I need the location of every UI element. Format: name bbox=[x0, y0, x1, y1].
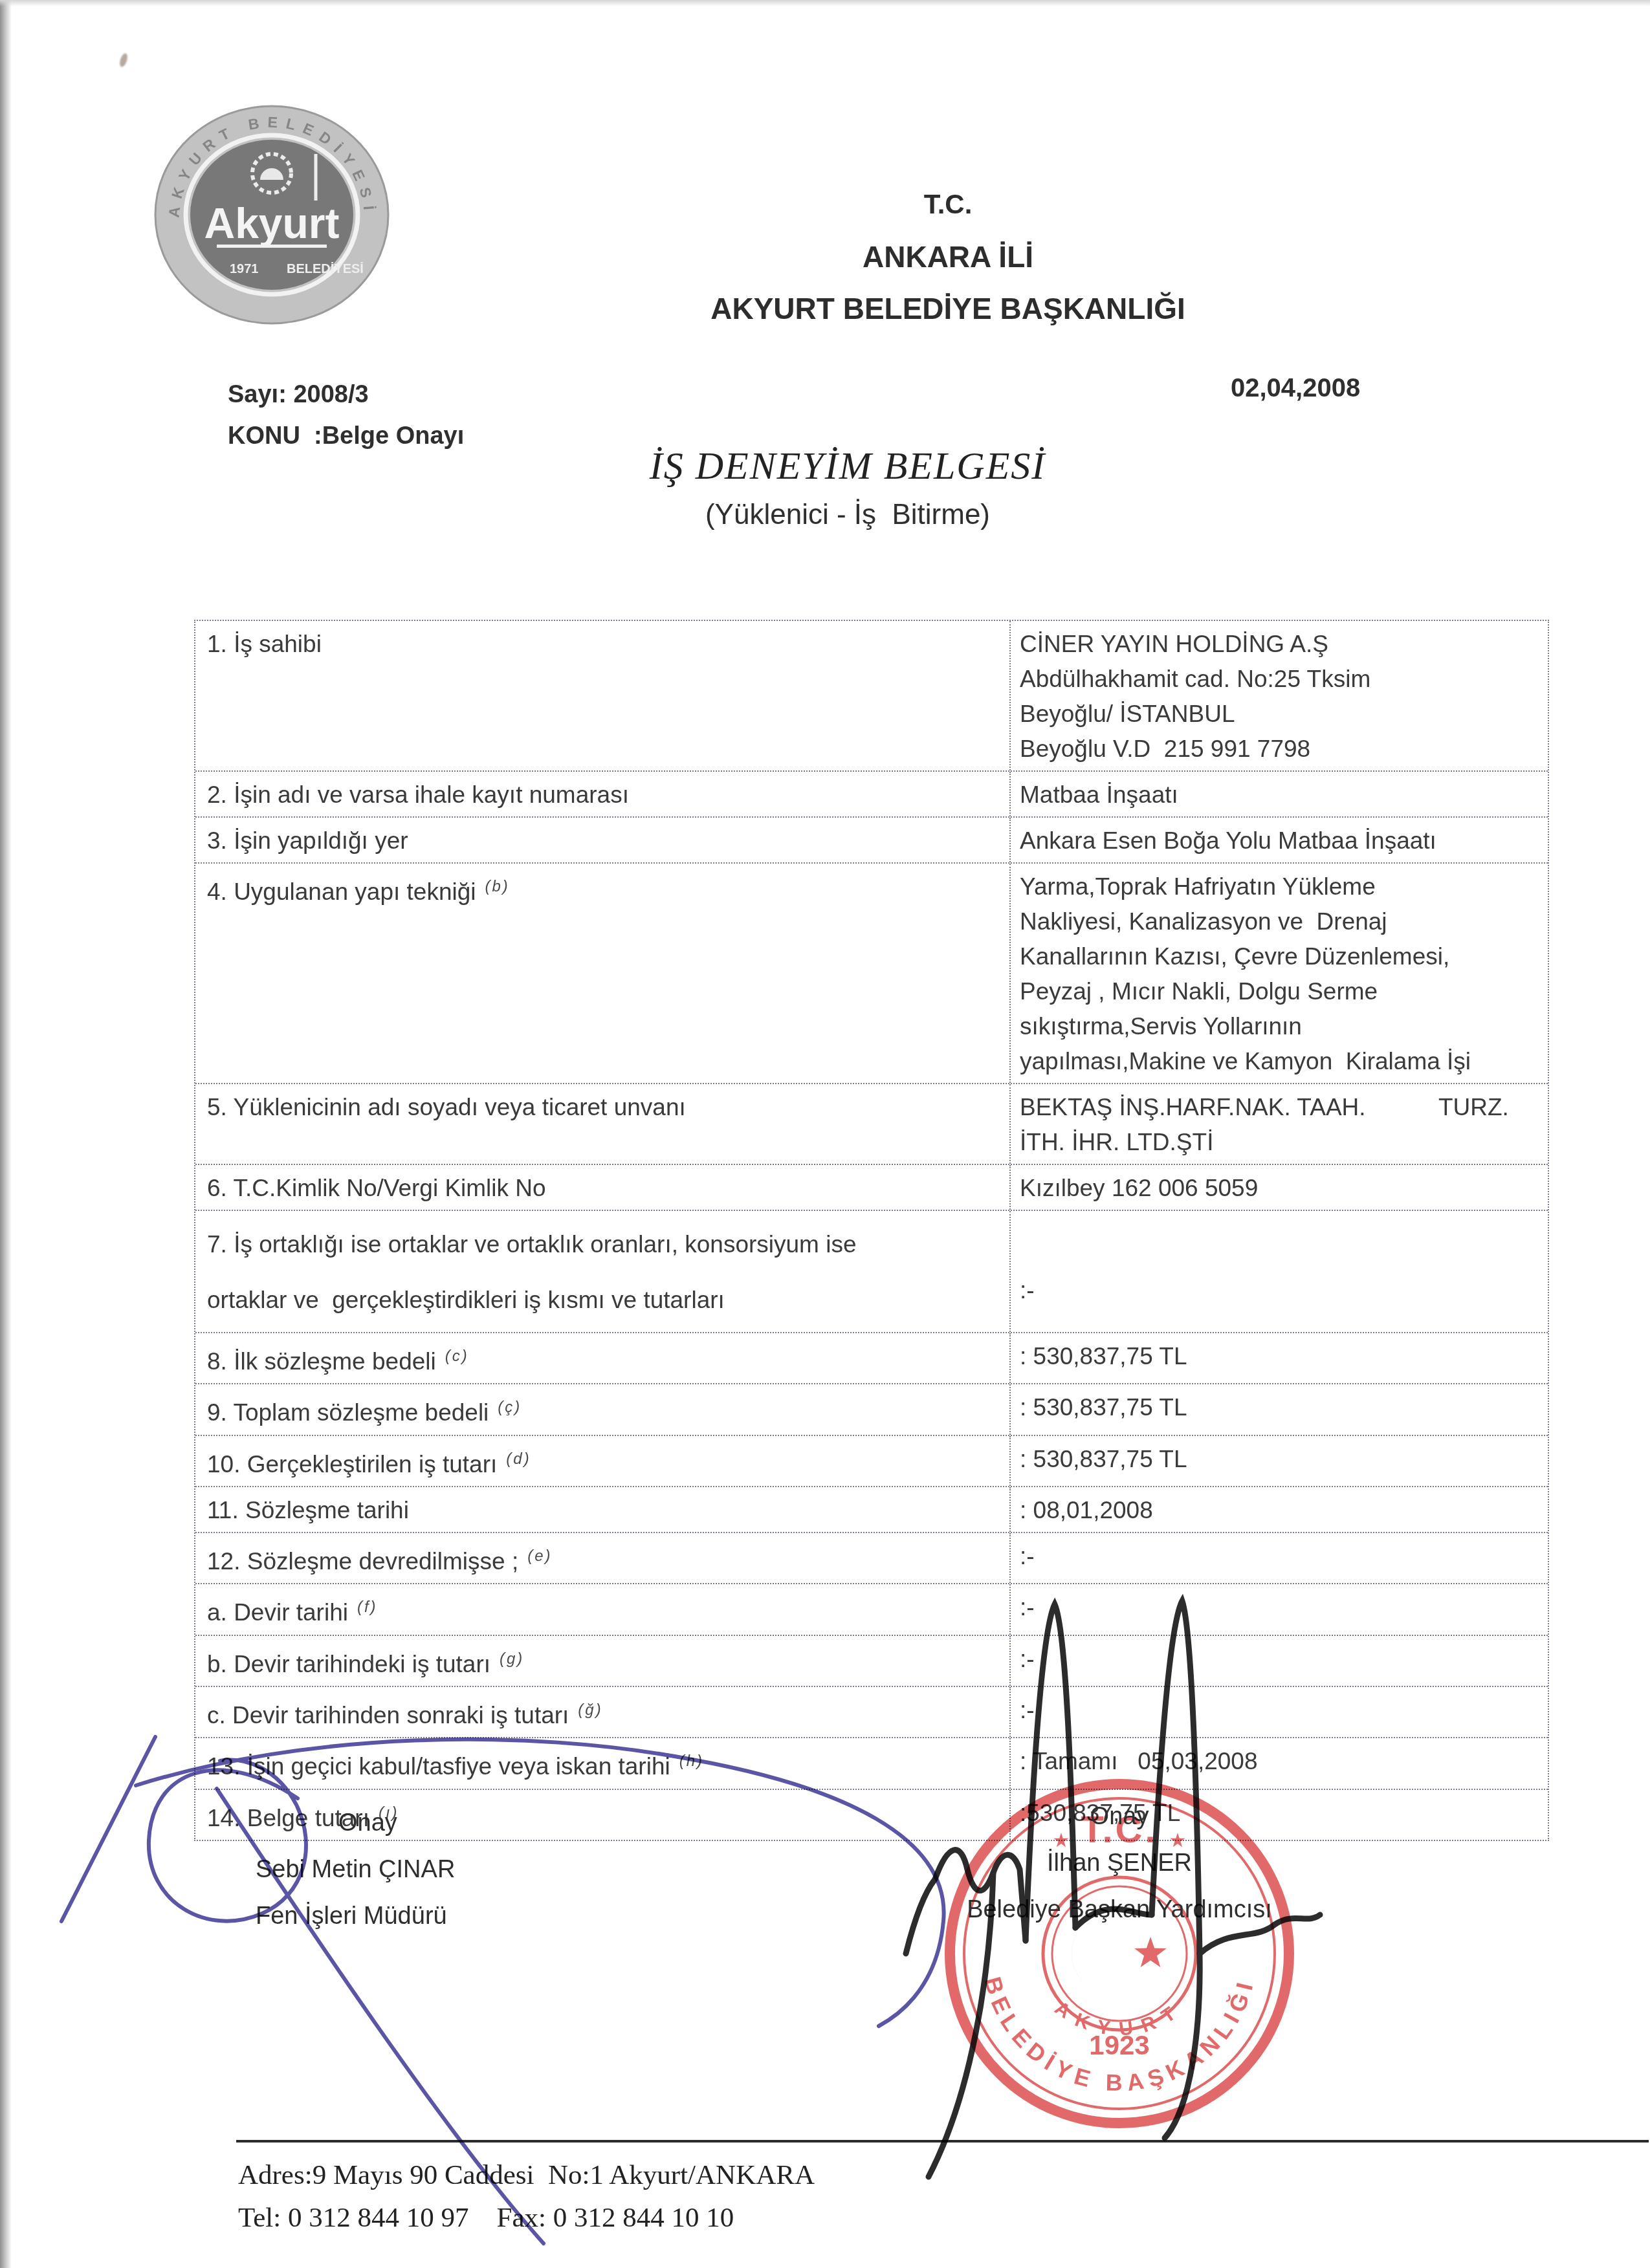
value-line: Abdülhakhamit cad. No:25 Tksim bbox=[1020, 662, 1541, 697]
table-row: 6. T.C.Kimlik No/Vergi Kimlik NoKızılbey… bbox=[195, 1165, 1548, 1211]
row-footnote-mark: (b) bbox=[485, 878, 510, 895]
value-line: Matbaa İnşaatı bbox=[1020, 778, 1541, 812]
row-value: CİNER YAYIN HOLDİNG A.ŞAbdülhakhamit cad… bbox=[1011, 621, 1548, 770]
letterhead: T.C. ANKARA İLİ AKYURT BELEDİYE BAŞKANLI… bbox=[582, 189, 1314, 326]
document-title: İŞ DENEYİM BELGESİ bbox=[453, 444, 1242, 488]
row-label: 10. Gerçekleştirilen iş tutarı(d) bbox=[195, 1436, 1011, 1486]
row-footnote-mark: (d) bbox=[506, 1450, 531, 1468]
value-line: sıkıştırma,Servis Yollarının bbox=[1020, 1009, 1541, 1044]
row-label: 11. Sözleşme tarihi bbox=[195, 1487, 1011, 1532]
row-value: : 530,837,75 TL bbox=[1011, 1333, 1548, 1383]
row-footnote-mark: (f) bbox=[357, 1598, 378, 1616]
document-meta: Sayı: 2008/3KONU :Belge Onayı bbox=[228, 374, 464, 457]
scanned-document-page: AKYURT BELEDİYESİ Akyurt 1971 BELEDİYESİ… bbox=[0, 0, 1650, 2268]
table-row: 9. Toplam sözleşme bedeli(ç): 530,837,75… bbox=[195, 1384, 1548, 1435]
value-line: Kızılbey 162 006 5059 bbox=[1020, 1171, 1541, 1206]
handwritten-signature-left bbox=[32, 1708, 1003, 2251]
title-block: İŞ DENEYİM BELGESİ (Yüklenici - İş Bitir… bbox=[453, 444, 1242, 531]
value-line: :- bbox=[1020, 1273, 1541, 1308]
scan-edge-shadow bbox=[0, 0, 12, 2268]
table-row: 11. Sözleşme tarihi: 08,01,2008 bbox=[195, 1487, 1548, 1533]
logo-word: BELEDİYESİ bbox=[287, 261, 364, 276]
row-value: :- bbox=[1011, 1211, 1548, 1332]
row-label: 12. Sözleşme devredilmişse ;(e) bbox=[195, 1533, 1011, 1583]
value-line: : 530,837,75 TL bbox=[1020, 1339, 1541, 1374]
letterhead-municipality: AKYURT BELEDİYE BAŞKANLIĞI bbox=[582, 291, 1314, 326]
scan-smudge bbox=[118, 52, 129, 68]
value-line: : 530,837,75 TL bbox=[1020, 1390, 1541, 1425]
logo-year: 1971 bbox=[230, 262, 259, 276]
value-line: : 08,01,2008 bbox=[1020, 1493, 1541, 1528]
row-footnote-mark: (ç) bbox=[498, 1399, 522, 1416]
row-label: a. Devir tarihi(f) bbox=[195, 1584, 1011, 1634]
row-label: 9. Toplam sözleşme bedeli(ç) bbox=[195, 1384, 1011, 1434]
value-line: CİNER YAYIN HOLDİNG A.Ş bbox=[1020, 627, 1541, 662]
row-value: Matbaa İnşaatı bbox=[1011, 772, 1548, 816]
row-label: 2. İşin adı ve varsa ihale kayıt numaras… bbox=[195, 772, 1011, 816]
value-line: Nakliyesi, Kanalizasyon ve Drenaj bbox=[1020, 904, 1541, 939]
row-label: 5. Yüklenicinin adı soyadı veya ticaret … bbox=[195, 1084, 1011, 1164]
value-line: Peyzaj , Mıcır Nakli, Dolgu Serme bbox=[1020, 974, 1541, 1009]
letterhead-province: ANKARA İLİ bbox=[582, 239, 1314, 274]
table-row: 10. Gerçekleştirilen iş tutarı(d): 530,8… bbox=[195, 1436, 1548, 1487]
logo-script-text: Akyurt bbox=[204, 199, 339, 247]
letterhead-tc: T.C. bbox=[582, 189, 1314, 220]
row-footnote-mark: (e) bbox=[527, 1547, 552, 1565]
row-label: b. Devir tarihindeki iş tutarı(g) bbox=[195, 1636, 1011, 1686]
row-value: : 08,01,2008 bbox=[1011, 1487, 1548, 1532]
table-row: 7. İş ortaklığı ise ortaklar ve ortaklık… bbox=[195, 1211, 1548, 1333]
value-line: Ankara Esen Boğa Yolu Matbaa İnşaatı bbox=[1020, 823, 1541, 858]
value-line: : 530,837,75 TL bbox=[1020, 1442, 1541, 1477]
value-line: Kanallarının Kazısı, Çevre Düzenlemesi, bbox=[1020, 939, 1541, 974]
value-line: yapılması,Makine ve Kamyon Kiralama İşi bbox=[1020, 1044, 1541, 1079]
row-label: 6. T.C.Kimlik No/Vergi Kimlik No bbox=[195, 1165, 1011, 1210]
row-footnote-mark: (g) bbox=[500, 1650, 524, 1668]
row-label: 3. İşin yapıldığı yer bbox=[195, 818, 1011, 862]
row-value: Yarma,Toprak Hafriyatın YüklemeNakliyesi… bbox=[1011, 864, 1548, 1083]
table-row: 3. İşin yapıldığı yerAnkara Esen Boğa Yo… bbox=[195, 818, 1548, 864]
value-line: Yarma,Toprak Hafriyatın Yükleme bbox=[1020, 869, 1541, 904]
value-line: İTH. İHR. LTD.ŞTİ bbox=[1020, 1125, 1541, 1160]
row-value: : 530,837,75 TL bbox=[1011, 1436, 1548, 1486]
table-row: 5. Yüklenicinin adı soyadı veya ticaret … bbox=[195, 1084, 1548, 1165]
value-line: BEKTAŞ İNŞ.HARF.NAK. TAAH. TURZ. bbox=[1020, 1090, 1541, 1125]
row-value: Ankara Esen Boğa Yolu Matbaa İnşaatı bbox=[1011, 818, 1548, 862]
value-line: Beyoğlu V.D 215 991 7798 bbox=[1020, 732, 1541, 767]
row-value: : 530,837,75 TL bbox=[1011, 1384, 1548, 1434]
row-label: 7. İş ortaklığı ise ortaklar ve ortaklık… bbox=[195, 1211, 1011, 1332]
table-row: 4. Uygulanan yapı tekniği(b)Yarma,Toprak… bbox=[195, 864, 1548, 1084]
municipality-logo-seal: AKYURT BELEDİYESİ Akyurt 1971 BELEDİYESİ bbox=[152, 104, 391, 327]
table-row: 2. İşin adı ve varsa ihale kayıt numaras… bbox=[195, 772, 1548, 818]
table-row: 12. Sözleşme devredilmişse ;(e):- bbox=[195, 1533, 1548, 1584]
row-value: :- bbox=[1011, 1533, 1548, 1583]
row-footnote-mark: (c) bbox=[445, 1347, 469, 1365]
row-value: BEKTAŞ İNŞ.HARF.NAK. TAAH. TURZ.İTH. İHR… bbox=[1011, 1084, 1548, 1164]
table-row: 8. İlk sözleşme bedeli(c): 530,837,75 TL bbox=[195, 1333, 1548, 1384]
document-subtitle: (Yüklenici - İş Bitirme) bbox=[453, 499, 1242, 531]
meta-sayi: Sayı: 2008/3 bbox=[228, 381, 369, 408]
document-date: 02,04,2008 bbox=[1231, 374, 1360, 403]
value-line: Beyoğlu/ İSTANBUL bbox=[1020, 697, 1541, 732]
handwritten-signature-right bbox=[893, 1591, 1398, 2206]
meta-konu: KONU :Belge Onayı bbox=[228, 422, 464, 450]
logo-underline bbox=[217, 245, 327, 248]
scan-top-shadow bbox=[0, 0, 1650, 6]
row-label: 1. İş sahibi bbox=[195, 621, 1011, 770]
value-line: :- bbox=[1020, 1539, 1541, 1574]
row-label: 8. İlk sözleşme bedeli(c) bbox=[195, 1333, 1011, 1383]
row-value: Kızılbey 162 006 5059 bbox=[1011, 1165, 1548, 1210]
table-row: 1. İş sahibiCİNER YAYIN HOLDİNG A.ŞAbdül… bbox=[195, 621, 1548, 772]
row-label: 4. Uygulanan yapı tekniği(b) bbox=[195, 864, 1011, 1083]
